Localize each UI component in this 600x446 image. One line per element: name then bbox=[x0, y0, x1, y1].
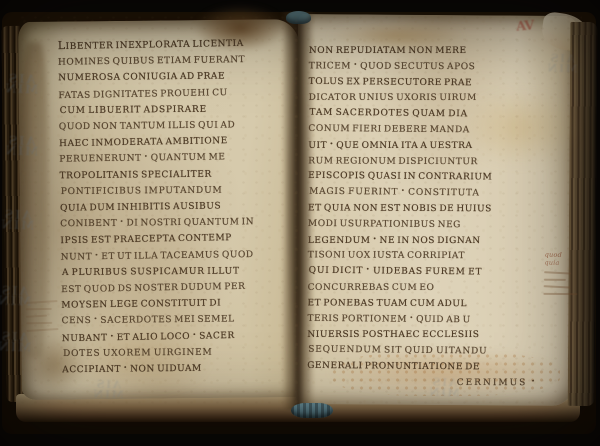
red-quire-mark: av bbox=[515, 13, 534, 35]
manuscript-line: generali pronuntiatione de bbox=[307, 357, 567, 375]
ghost-stamp: AISMIN bbox=[4, 135, 39, 156]
photo-of-manuscript: libenter inexplorata licentiahomines qui… bbox=[0, 0, 600, 446]
ghost-stamp: AISMIN bbox=[428, 377, 461, 398]
manuscript-line: legendum · ne in nos dignan bbox=[308, 231, 568, 247]
gloss-squiggle bbox=[544, 285, 571, 288]
gloss-squiggle bbox=[26, 322, 52, 324]
spine-endband-top bbox=[286, 11, 311, 24]
manuscript-line: tolus ex persecutore prae bbox=[309, 72, 569, 90]
gloss-text: quodquia bbox=[544, 251, 579, 267]
manuscript-line: quia bbox=[544, 259, 578, 268]
manuscript-line: et quia non est nobis de huius bbox=[308, 199, 568, 216]
ghost-stamp: AISMIN bbox=[0, 209, 35, 230]
manuscript-line: conum fieri debere manda bbox=[308, 120, 568, 138]
gloss-squiggle bbox=[26, 315, 47, 318]
left-page-text: libenter inexplorata licentiahomines qui… bbox=[58, 32, 303, 378]
manuscript-line: dicator unius uxoris uirum bbox=[309, 89, 569, 105]
manuscript-line: tricem · quod secutus apos bbox=[309, 57, 569, 74]
manuscript-line: et ponebas tuam cum adul bbox=[308, 294, 568, 311]
ghost-stamp: AISMIN bbox=[4, 73, 39, 94]
ghost-stamp: AISMIN bbox=[92, 379, 125, 400]
manuscript-line: pontificibus imputandum bbox=[61, 181, 301, 199]
manuscript-line: accipiant · non uiduam bbox=[62, 359, 302, 378]
gloss-squiggle bbox=[544, 279, 566, 281]
manuscript-line: niuersis posthaec ecclesiis bbox=[307, 326, 567, 342]
manuscript-line: magis fuerint · constituta bbox=[309, 183, 569, 202]
ghost-stamp: AISMIN bbox=[0, 285, 32, 306]
gloss-squiggle bbox=[544, 271, 571, 274]
gloss-squiggle bbox=[26, 328, 58, 332]
ghost-stamp: AISMIN bbox=[546, 53, 579, 74]
gloss-squiggle bbox=[543, 293, 577, 295]
spine-endband-bottom bbox=[291, 403, 333, 418]
manuscript-line: qui dicit · uidebas furem et bbox=[309, 262, 569, 281]
manuscript-line: modi usurpationibus neg bbox=[308, 215, 568, 233]
manuscript-line: uit · que omnia ita a uestra bbox=[308, 137, 568, 153]
fore-edge bbox=[568, 22, 598, 406]
right-page-text: non repudiatam non meretricem · quod sec… bbox=[307, 41, 569, 390]
manuscript-line: teris portionem · quid ab u bbox=[307, 309, 567, 327]
ghost-stamp: AISMIN bbox=[0, 331, 32, 352]
manuscript-line: non repudiatam non mere bbox=[309, 42, 569, 58]
right-margin-gloss: quodquia bbox=[543, 251, 579, 300]
manuscript-line: concurrebas cum eo bbox=[308, 279, 568, 295]
